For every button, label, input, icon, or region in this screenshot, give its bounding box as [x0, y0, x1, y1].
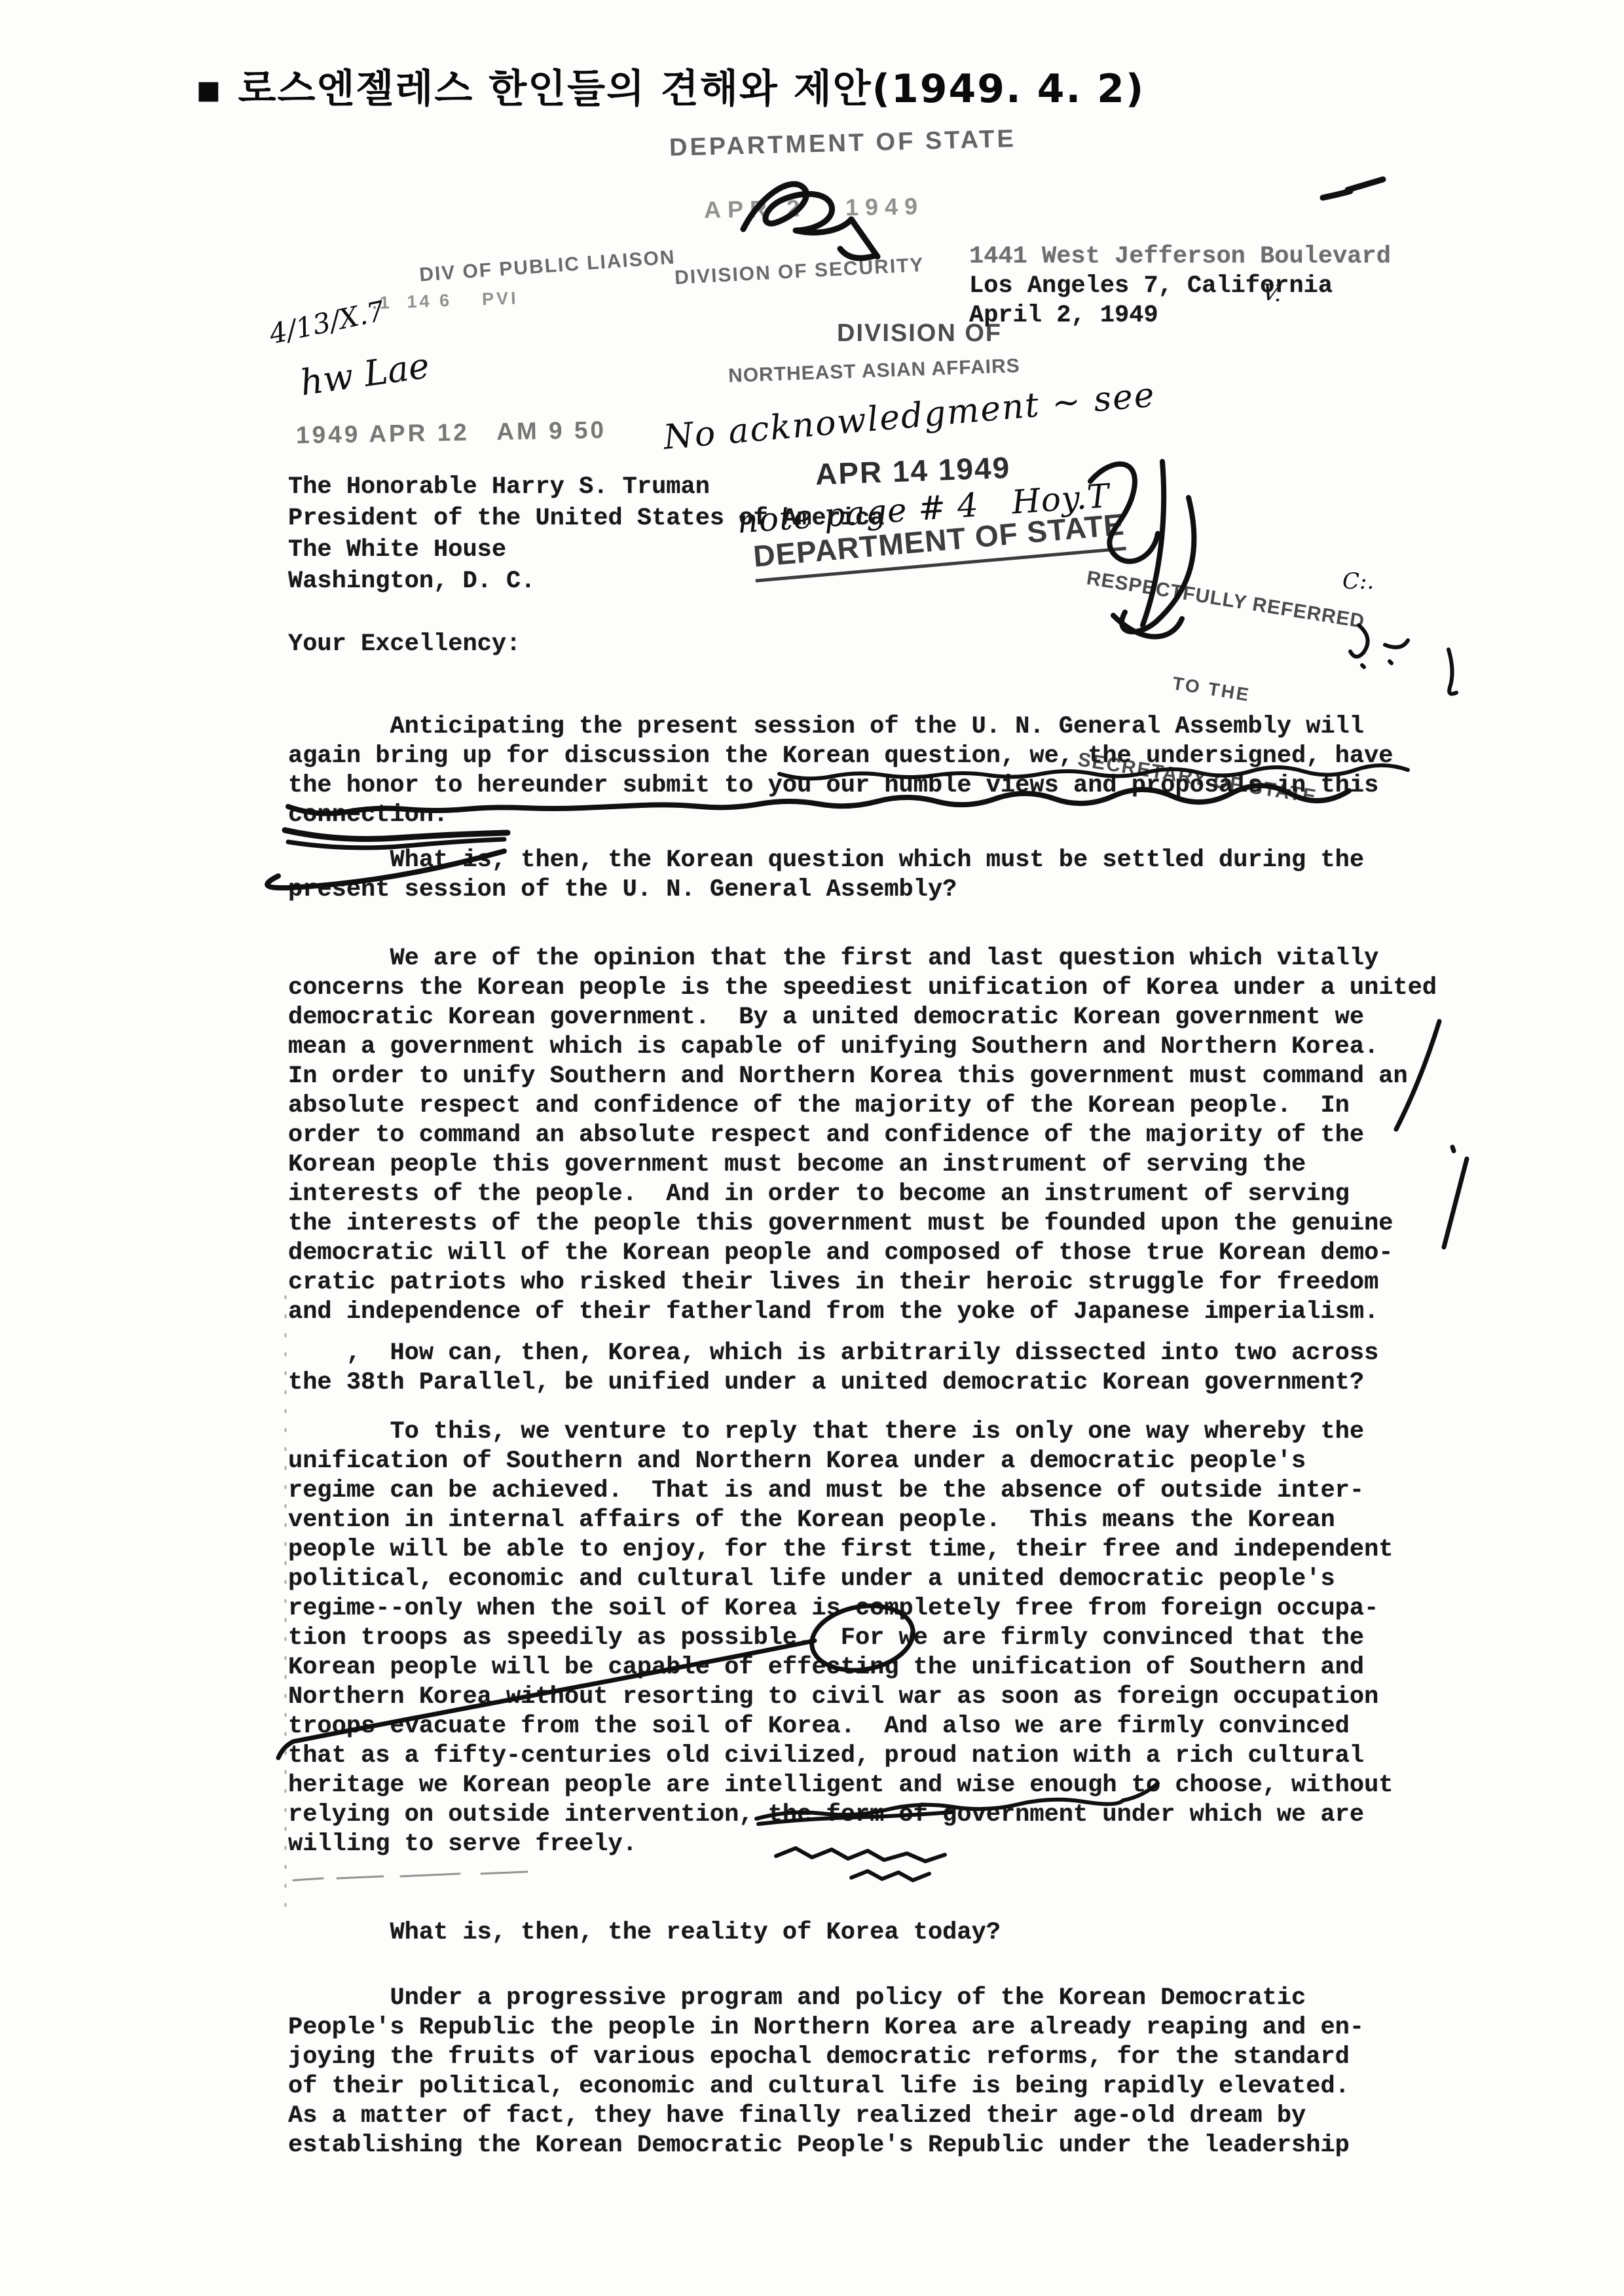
paragraph-anticipating: Anticipating the present session of the …	[288, 712, 1467, 830]
stamp-public-liaison-code: .1 14 6 PVI	[372, 288, 519, 314]
stamp-northeast-asian-affairs: NORTHEAST ASIAN AFFAIRS	[728, 355, 1021, 388]
handwritten-initials: hw Lae	[298, 345, 432, 404]
paragraph-to-this-we-venture: To this, we venture to reply that there …	[288, 1417, 1467, 1859]
scanned-letter-page: ▪ 로스엔젤레스 한인들의 견해와 제안(1949. 4. 2) DEPARTM…	[0, 0, 1624, 2296]
paragraph-we-are-of-the-opinion: We are of the opinion that the first and…	[288, 944, 1467, 1327]
paragraph-reality-of-korea: What is, then, the reality of Korea toda…	[288, 1918, 1467, 1948]
sender-date-line: April 2, 1949	[969, 301, 1559, 331]
recipient-title: President of the United States of Americ…	[288, 503, 1467, 534]
recipient-address-line2: Washington, D. C.	[288, 566, 1467, 597]
handwritten-file-mark: 4/13/X.7	[267, 295, 388, 350]
page-title-korean: ▪ 로스엔젤레스 한인들의 견해와 제안(1949. 4. 2)	[195, 58, 1145, 114]
recipient-name: The Honorable Harry S. Truman	[288, 471, 1467, 503]
sender-address-line2: Los Angeles 7, California	[969, 272, 1559, 301]
stamp-division-of-security: DIVISION OF SECURITY	[674, 254, 925, 289]
stamp-div-of-public-liaison: DIV OF PUBLIC LIAISON	[418, 246, 676, 286]
stamp-department-of-state-top: DEPARTMENT OF STATE	[669, 125, 1017, 162]
paragraph-under-progressive-program: Under a progressive program and policy o…	[288, 1984, 1467, 2160]
pen-dash-top-right	[1323, 179, 1383, 198]
stamp-date-apr-2-1949: APR 2 1949	[704, 192, 925, 224]
salutation: Your Excellency:	[288, 630, 1467, 659]
recipient-address-line1: The White House	[288, 534, 1467, 566]
paragraph-what-is-korean-question: What is, then, the Korean question which…	[288, 846, 1467, 905]
sender-address-line1: 1441 West Jefferson Boulevard	[969, 242, 1559, 272]
pen-dashes-under-willing	[293, 1872, 527, 1880]
stamp-received-1949-apr-12: 1949 APR 12 AM 9 50	[296, 416, 607, 449]
paragraph-how-can-korea: , How can, then, Korea, which is arbitra…	[288, 1339, 1467, 1398]
handwritten-no-acknowledgment: No acknowledgment ~ see	[662, 375, 1157, 457]
